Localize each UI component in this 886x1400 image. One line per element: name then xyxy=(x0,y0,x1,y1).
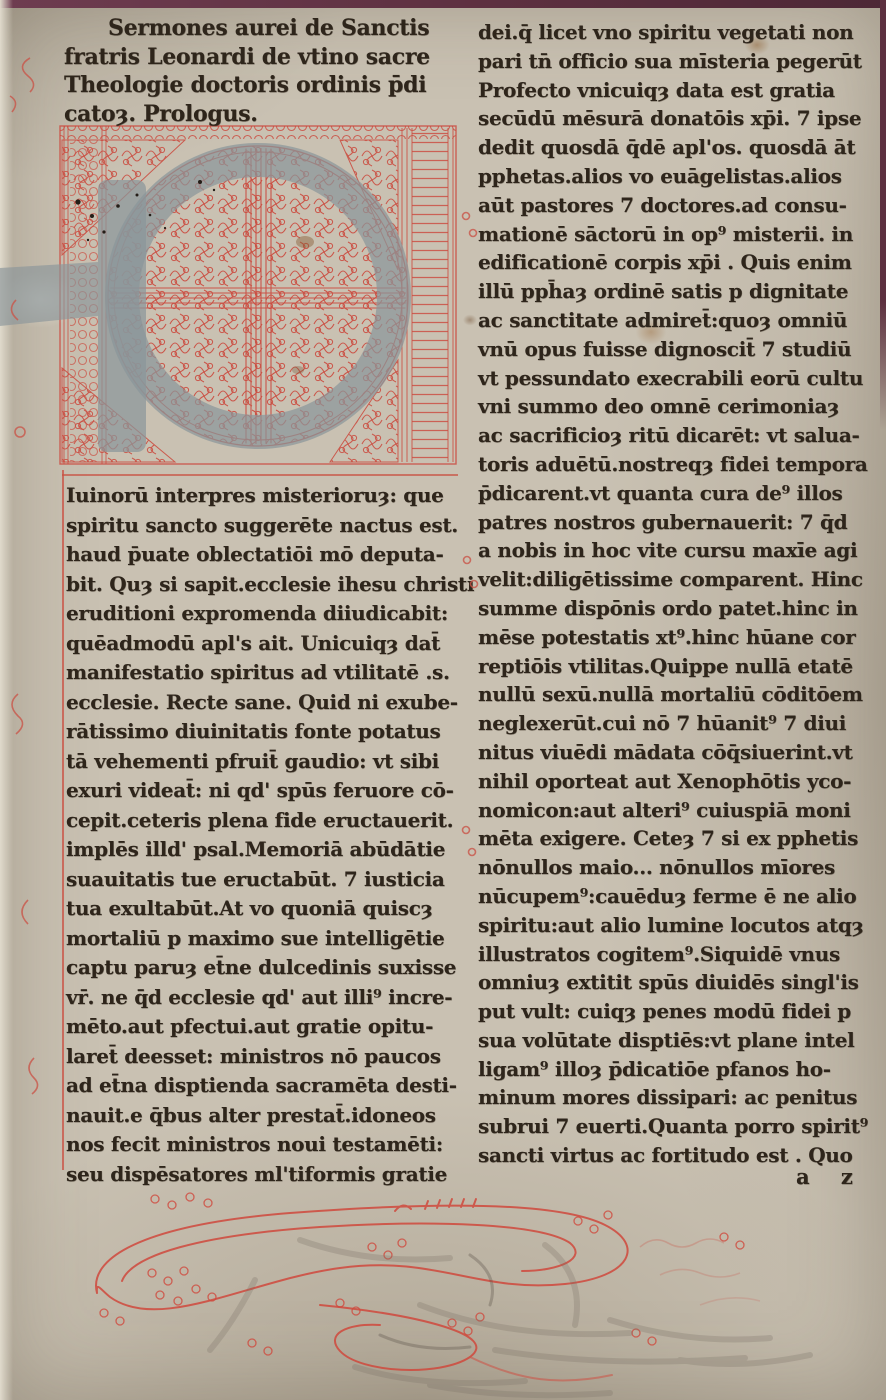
text-line: pari tn̄ officio sua mīsteria pegerūt xyxy=(478,47,880,76)
left-text-column: Iuinorū interpres misterioruȝ: quespirit… xyxy=(66,481,462,1189)
red-column-rule xyxy=(62,474,458,480)
text-line: vnū opus fuisse dignoscit̄ 7 studiū xyxy=(478,335,880,364)
text-line: seu dispēsatores ml'tiformis gratie xyxy=(66,1160,462,1190)
text-line: ac sacrificioȝ ritū dicarēt: vt salua- xyxy=(478,421,880,450)
text-line: dedit quosdā q̄dē apl'os. quosdā āt xyxy=(478,133,880,162)
text-line: patres nostros gubernauerit: 7 q̄d xyxy=(478,508,880,537)
text-line: cepit.ceteris plena fide eructauerit. xyxy=(66,806,462,836)
text-line: haud p̄uate oblectatiōi mō deputa- xyxy=(66,540,462,570)
text-line: nitus viuēdi mādata cōq̄siuerint.vt xyxy=(478,738,880,767)
header-line: fratris Leonardi de vtino sacre xyxy=(64,43,474,72)
text-line: suauitatis tue eructabūt. 7 iusticia xyxy=(66,865,462,895)
text-line: Profecto vnicuiqȝ data est gratia xyxy=(478,76,880,105)
penwork-flourish xyxy=(0,1185,886,1400)
text-line: vt pessundato execrabili eorū cultu xyxy=(478,364,880,393)
text-line: summe dispōnis ordo patet.hinc in xyxy=(478,594,880,623)
text-line: edificationē corpis xp̄i . Quis enim xyxy=(478,248,880,277)
text-line: a nobis in hoc vite cursu maxīe agi xyxy=(478,536,880,565)
text-line: nōnullos maio... nōnullos mīores xyxy=(478,853,880,882)
text-line: velit:diligētissime comparent. Hinc xyxy=(478,565,880,594)
text-line: omniuȝ extitit spūs diuidēs singl'is xyxy=(478,968,880,997)
text-line: nihil oporteat aut Xenophōtis yco- xyxy=(478,767,880,796)
page-edge-left xyxy=(0,0,13,1400)
text-line: nauit.e q̄bus alter prestat̄.idoneos xyxy=(66,1101,462,1131)
text-line: illustratos cogitem⁹.Siquidē vnus xyxy=(478,940,880,969)
text-line: manifestatio spiritus ad vtilitatē .s. xyxy=(66,658,462,688)
text-line: reptiōis vtilitas.Quippe nullā etatē xyxy=(478,652,880,681)
text-line: bit. Quȝ si sapit.ecclesie ihesu christi xyxy=(66,570,462,600)
text-line: nūcupem⁹:cauēduȝ ferme ē ne alio xyxy=(478,882,880,911)
text-line: quēadmodū apl's ait. Unicuiqȝ dat̄ xyxy=(66,629,462,659)
quire-signature: a z xyxy=(796,1164,865,1189)
text-line: pphetas.alios vo euāgelistas.alios xyxy=(478,162,880,191)
text-line: minum mores dissipari: ac penitus xyxy=(478,1083,880,1112)
text-line: mēse potestatis xt⁹.hinc hūane cor xyxy=(478,623,880,652)
text-line: nullū sexū.nullā mortaliū cōditōem xyxy=(478,680,880,709)
text-line: eruditioni expromenda diiudicabit: xyxy=(66,599,462,629)
text-line: aūt pastores 7 doctores.ad consu- xyxy=(478,191,880,220)
text-line: ecclesie. Recte sane. Quid ni exube- xyxy=(66,688,462,718)
text-line: illū pph̄aȝ ordinē satis p dignitate xyxy=(478,277,880,306)
incipit-header: Sermones aurei de Sanctisfratris Leonard… xyxy=(64,14,474,128)
text-line: secūdū mēsurā donatōis xp̄i. 7 ipse xyxy=(478,104,880,133)
text-line: p̄dicarent.vt quanta cura de⁹ illos xyxy=(478,479,880,508)
text-line: captu paruȝ et̄ne dulcedinis suxisse xyxy=(66,953,462,983)
text-line: tua exultabūt.At vo quoniā quiscȝ xyxy=(66,894,462,924)
text-line: Iuinorū interpres misterioruȝ: que xyxy=(66,481,462,511)
decorated-initial-D xyxy=(0,120,465,472)
text-line: spiritu sancto suggerēte nactus est. xyxy=(66,511,462,541)
right-text-column: dei.q̄ licet vno spiritu vegetati nonpar… xyxy=(478,18,880,1170)
text-line: implēs illd' psal.Memoriā abūdātie xyxy=(66,835,462,865)
text-line: rātissimo diuinitatis fonte potatus xyxy=(66,717,462,747)
text-line: nos fecit ministros noui testamēti: xyxy=(66,1130,462,1160)
text-line: mationē sāctorū in op⁹ misterii. in xyxy=(478,220,880,249)
text-line: vni summo deo omnē cerimoniaȝ xyxy=(478,392,880,421)
text-line: put vult: cuiqȝ penes modū fidei p xyxy=(478,997,880,1026)
text-line: ac sanctitate admiret̄:quoȝ omniū xyxy=(478,306,880,335)
text-line: ad et̄na disptienda sacramēta desti- xyxy=(66,1071,462,1101)
binding-edge-right xyxy=(880,0,886,430)
text-line: nomicon:aut alteri⁹ cuiuspiā moni xyxy=(478,796,880,825)
header-line: catoȝ. Prologus. xyxy=(64,100,474,129)
text-line: toris aduētū.nostreqȝ fidei tempora xyxy=(478,450,880,479)
header-line: Theologie doctoris ordinis p̄di xyxy=(64,71,474,100)
text-line: neglexerūt.cui nō 7 hūanit⁹ 7 diui xyxy=(478,709,880,738)
text-line: mortaliū p maximo sue intelligētie xyxy=(66,924,462,954)
text-line: mēto.aut pfectui.aut gratie opitu- xyxy=(66,1012,462,1042)
text-line: dei.q̄ licet vno spiritu vegetati non xyxy=(478,18,880,47)
text-line: laret̄ deesset: ministros nō paucos xyxy=(66,1042,462,1072)
text-line: mēta exigere. Ceteȝ 7 si ex pphetis xyxy=(478,824,880,853)
binding-edge-top xyxy=(0,0,886,8)
text-line: spiritu:aut alio lumine locutos atqȝ xyxy=(478,911,880,940)
header-line: Sermones aurei de Sanctis xyxy=(64,14,474,43)
text-line: ligam⁹ illoȝ p̄dicatiōe pfanos ho- xyxy=(478,1055,880,1084)
text-line: vr̄. ne q̄d ecclesie qd' aut illi⁹ incre… xyxy=(66,983,462,1013)
book-page: Sermones aurei de Sanctisfratris Leonard… xyxy=(0,0,886,1400)
text-line: subrui 7 euerti.Quanta porro spirit⁹ xyxy=(478,1112,880,1141)
text-line: tā vehementi pfruit̄ gaudio: vt sibi xyxy=(66,747,462,777)
text-line: sua volūtate disptiēs:vt plane intel xyxy=(478,1026,880,1055)
text-line: exuri videat̄: ni qd' spūs feruore cō- xyxy=(66,776,462,806)
